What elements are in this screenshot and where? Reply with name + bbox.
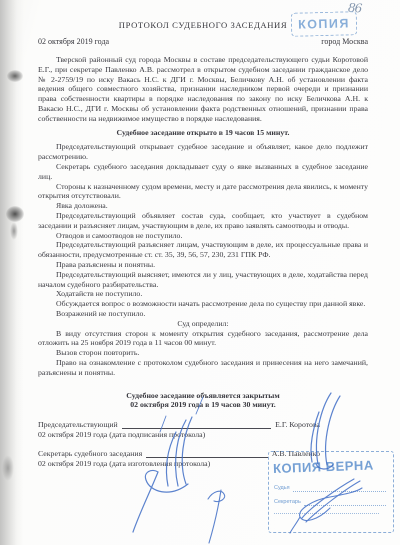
paragraph: 02 октября 2019 года в 19 часов 30 минут… — [38, 400, 368, 410]
date-row: 02 октября 2019 года город Москва — [38, 37, 368, 46]
paragraph: Председательствующий открывает судебное … — [38, 142, 368, 162]
paragraph: Право на ознакомление с протоколом судеб… — [38, 358, 368, 378]
paragraph: Обсуждается вопрос о возможности начать … — [38, 299, 368, 309]
judge-signature-row: Председательствующий Е.Г. Коротова — [38, 420, 320, 430]
copy-verna-stamp-title: КОПИЯ ВЕРНА — [273, 457, 388, 476]
paragraph: Суд определил: — [38, 319, 368, 329]
judge-signature-line — [122, 420, 271, 429]
secretary-signature-line — [146, 449, 268, 458]
judge-name: Е.Г. Коротова — [275, 420, 320, 430]
paragraph: Секретарь судебного заседания докладывае… — [38, 162, 368, 182]
copy-stamp-text: КОПИЯ — [298, 16, 350, 31]
paragraph: Вызов сторон повторить. — [38, 348, 368, 358]
stamp-secretary-field: Секретарь — [274, 496, 388, 508]
stamp-microtext-line — [274, 513, 379, 514]
stamp-judge-dotline — [293, 485, 386, 492]
judge-role-label: Председательствующий — [38, 420, 118, 430]
stamp-secretary-label: Секретарь — [274, 496, 301, 508]
paragraph: Председательствующий выясняет, имеются л… — [38, 270, 368, 290]
document-page: 86 КОПИЯ ПРОТОКОЛ СУДЕБНОГО ЗАСЕДАНИЯ 02… — [0, 0, 400, 545]
document-city: город Москва — [321, 37, 368, 46]
stamp-judge-field: Судья — [274, 482, 388, 494]
document-date: 02 октября 2019 года — [38, 37, 109, 46]
paragraph: Стороны к назначенному судом времени, ме… — [38, 182, 368, 202]
paragraph: Судебное заседание открыто в 19 часов 15… — [38, 128, 368, 138]
paragraph: Права разъяснены и понятны. — [38, 260, 368, 270]
secretary-role-label: Секретарь судебного заседания — [38, 449, 142, 459]
judge-date-note: 02 октября 2019 года (дата подписания пр… — [38, 430, 368, 440]
copy-verna-stamp: КОПИЯ ВЕРНА Судья Секретарь — [268, 451, 394, 533]
document-content: ПРОТОКОЛ СУДЕБНОГО ЗАСЕДАНИЯ 02 октября … — [0, 0, 400, 469]
stamp-secretary-dotline — [304, 499, 386, 506]
stamp-judge-label: Судья — [274, 482, 290, 494]
paragraph: Отводов и самоотводов не поступило. — [38, 231, 368, 241]
paragraph: Ходатайств не поступило. — [38, 289, 368, 299]
paragraph: В виду отсутствия сторон к моменту откры… — [38, 329, 368, 349]
paragraph: Председательствующий объявляет состав су… — [38, 211, 368, 231]
document-body: Тверской районный суд города Москвы в со… — [38, 55, 368, 410]
paragraph: Судебное заседание объявляется закрытым — [38, 391, 368, 401]
paragraph: Тверской районный суд города Москвы в со… — [38, 55, 368, 124]
paragraph: Председательствующий разъясняет лицам, у… — [38, 240, 368, 260]
paragraph: Возражений не поступило. — [38, 309, 368, 319]
paragraph: Явка доложена. — [38, 201, 368, 211]
copy-stamp: КОПИЯ — [291, 11, 358, 37]
